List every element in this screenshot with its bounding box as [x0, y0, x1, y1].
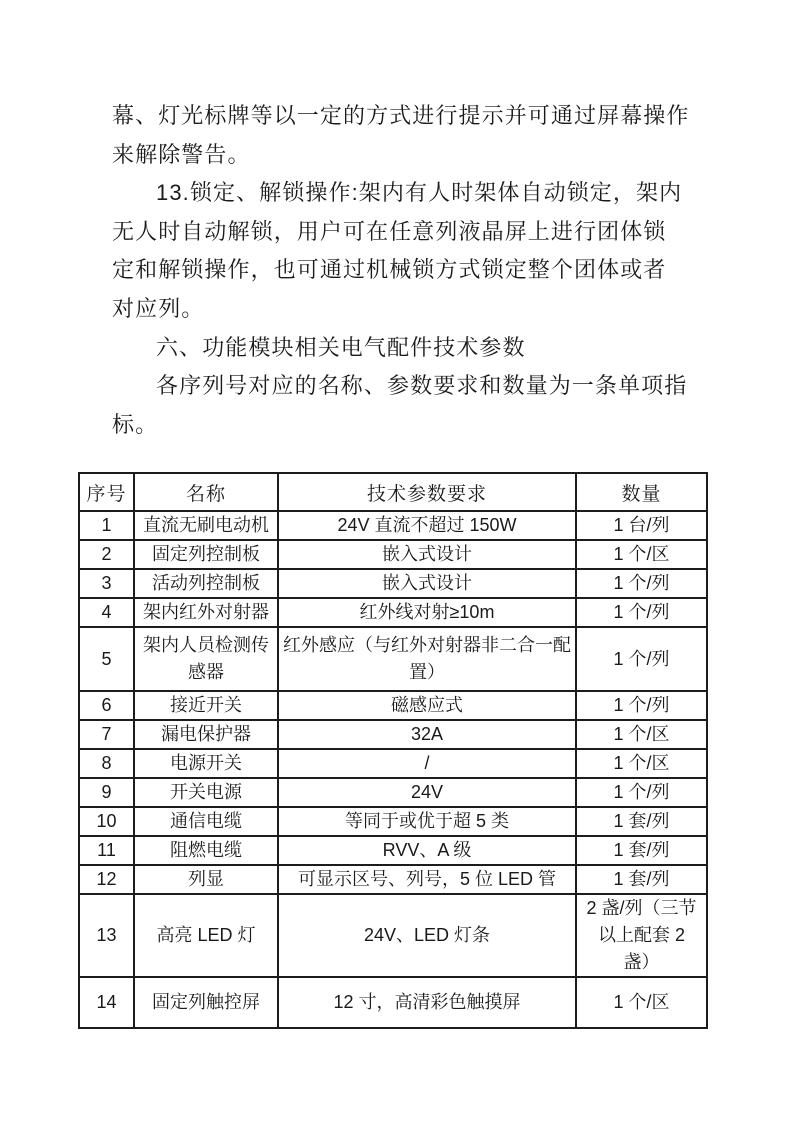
item-qty: 1 套/列 — [576, 807, 707, 836]
row-number: 10 — [79, 807, 134, 836]
item-qty: 1 个/列 — [576, 627, 707, 691]
column-header: 名称 — [134, 473, 278, 511]
item-name: 固定列控制板 — [134, 540, 278, 569]
body-text-line: 无人时自动解锁，用户可在任意列液晶屏上进行团体锁 — [112, 213, 704, 252]
item-spec: RVV、A 级 — [278, 836, 576, 865]
spec-table-header: 序号名称技术参数要求数量 — [79, 473, 707, 511]
item-qty: 1 个/列 — [576, 569, 707, 598]
column-header: 数量 — [576, 473, 707, 511]
column-header: 技术参数要求 — [278, 473, 576, 511]
item-spec: 等同于或优于超 5 类 — [278, 807, 576, 836]
body-text-line: 对应列。 — [112, 290, 704, 329]
row-number: 1 — [79, 511, 134, 540]
table-row: 1直流无刷电动机24V 直流不超过 150W1 台/列 — [79, 511, 707, 540]
table-row: 13高亮 LED 灯24V、LED 灯条2 盏/列（三节 以上配套 2 盏） — [79, 894, 707, 977]
item-name: 接近开关 — [134, 691, 278, 720]
row-number: 2 — [79, 540, 134, 569]
item-qty: 1 个/区 — [576, 749, 707, 778]
header-row: 序号名称技术参数要求数量 — [79, 473, 707, 511]
table-row: 12列显可显示区号、列号，5 位 LED 管1 套/列 — [79, 865, 707, 894]
row-number: 12 — [79, 865, 134, 894]
item-spec: 红外感应（与红外对射器非二合一配 置） — [278, 627, 576, 691]
body-text-line: 各序列号对应的名称、参数要求和数量为一条单项指 — [112, 367, 704, 406]
spec-table-body: 1直流无刷电动机24V 直流不超过 150W1 台/列2固定列控制板嵌入式设计1… — [79, 511, 707, 1028]
item-name: 活动列控制板 — [134, 569, 278, 598]
item-spec: 嵌入式设计 — [278, 540, 576, 569]
item-spec: 24V、LED 灯条 — [278, 894, 576, 977]
row-number: 7 — [79, 720, 134, 749]
item-qty: 1 个/列 — [576, 691, 707, 720]
item-qty: 1 个/区 — [576, 720, 707, 749]
item-name: 电源开关 — [134, 749, 278, 778]
spec-table: 序号名称技术参数要求数量 1直流无刷电动机24V 直流不超过 150W1 台/列… — [78, 472, 708, 1029]
item-spec: / — [278, 749, 576, 778]
table-row: 14固定列触控屏12 寸，高清彩色触摸屏1 个/区 — [79, 977, 707, 1028]
table-row: 4架内红外对射器红外线对射≥10m1 个/列 — [79, 598, 707, 627]
body-text: 幕、灯光标牌等以一定的方式进行提示并可通过屏幕操作来解除警告。13.锁定、解锁操… — [112, 97, 704, 444]
row-number: 9 — [79, 778, 134, 807]
row-number: 6 — [79, 691, 134, 720]
item-spec: 红外线对射≥10m — [278, 598, 576, 627]
body-text-line: 来解除警告。 — [112, 136, 704, 175]
body-text-line: 定和解锁操作，也可通过机械锁方式锁定整个团体或者 — [112, 251, 704, 290]
item-qty: 1 套/列 — [576, 836, 707, 865]
item-qty: 1 个/区 — [576, 540, 707, 569]
item-qty: 1 个/区 — [576, 977, 707, 1028]
row-number: 3 — [79, 569, 134, 598]
table-row: 11阻燃电缆RVV、A 级1 套/列 — [79, 836, 707, 865]
table-row: 7漏电保护器32A1 个/区 — [79, 720, 707, 749]
item-spec: 磁感应式 — [278, 691, 576, 720]
item-spec: 24V 直流不超过 150W — [278, 511, 576, 540]
item-spec: 可显示区号、列号，5 位 LED 管 — [278, 865, 576, 894]
item-name: 固定列触控屏 — [134, 977, 278, 1028]
table-row: 2固定列控制板嵌入式设计1 个/区 — [79, 540, 707, 569]
item-spec: 32A — [278, 720, 576, 749]
table-row: 10通信电缆等同于或优于超 5 类1 套/列 — [79, 807, 707, 836]
item-name: 开关电源 — [134, 778, 278, 807]
item-name: 直流无刷电动机 — [134, 511, 278, 540]
item-spec: 24V — [278, 778, 576, 807]
table-row: 8电源开关/1 个/区 — [79, 749, 707, 778]
row-number: 5 — [79, 627, 134, 691]
row-number: 8 — [79, 749, 134, 778]
body-text-line: 13.锁定、解锁操作:架内有人时架体自动锁定，架内 — [112, 174, 704, 213]
item-qty: 2 盏/列（三节 以上配套 2 盏） — [576, 894, 707, 977]
document-page: 幕、灯光标牌等以一定的方式进行提示并可通过屏幕操作来解除警告。13.锁定、解锁操… — [0, 0, 800, 1131]
row-number: 14 — [79, 977, 134, 1028]
body-text-line: 标。 — [112, 406, 704, 445]
table-row: 5架内人员检测传 感器红外感应（与红外对射器非二合一配 置）1 个/列 — [79, 627, 707, 691]
table-row: 6接近开关磁感应式1 个/列 — [79, 691, 707, 720]
item-name: 高亮 LED 灯 — [134, 894, 278, 977]
item-name: 通信电缆 — [134, 807, 278, 836]
item-name: 阻燃电缆 — [134, 836, 278, 865]
item-qty: 1 个/列 — [576, 598, 707, 627]
row-number: 11 — [79, 836, 134, 865]
item-qty: 1 台/列 — [576, 511, 707, 540]
item-name: 架内人员检测传 感器 — [134, 627, 278, 691]
item-qty: 1 个/列 — [576, 778, 707, 807]
item-name: 列显 — [134, 865, 278, 894]
row-number: 4 — [79, 598, 134, 627]
item-spec: 12 寸，高清彩色触摸屏 — [278, 977, 576, 1028]
body-text-line: 幕、灯光标牌等以一定的方式进行提示并可通过屏幕操作 — [112, 97, 704, 136]
column-header: 序号 — [79, 473, 134, 511]
row-number: 13 — [79, 894, 134, 977]
item-qty: 1 套/列 — [576, 865, 707, 894]
item-name: 架内红外对射器 — [134, 598, 278, 627]
item-name: 漏电保护器 — [134, 720, 278, 749]
table-row: 3活动列控制板嵌入式设计1 个/列 — [79, 569, 707, 598]
table-row: 9开关电源24V1 个/列 — [79, 778, 707, 807]
body-text-line: 六、功能模块相关电气配件技术参数 — [112, 329, 704, 368]
item-spec: 嵌入式设计 — [278, 569, 576, 598]
